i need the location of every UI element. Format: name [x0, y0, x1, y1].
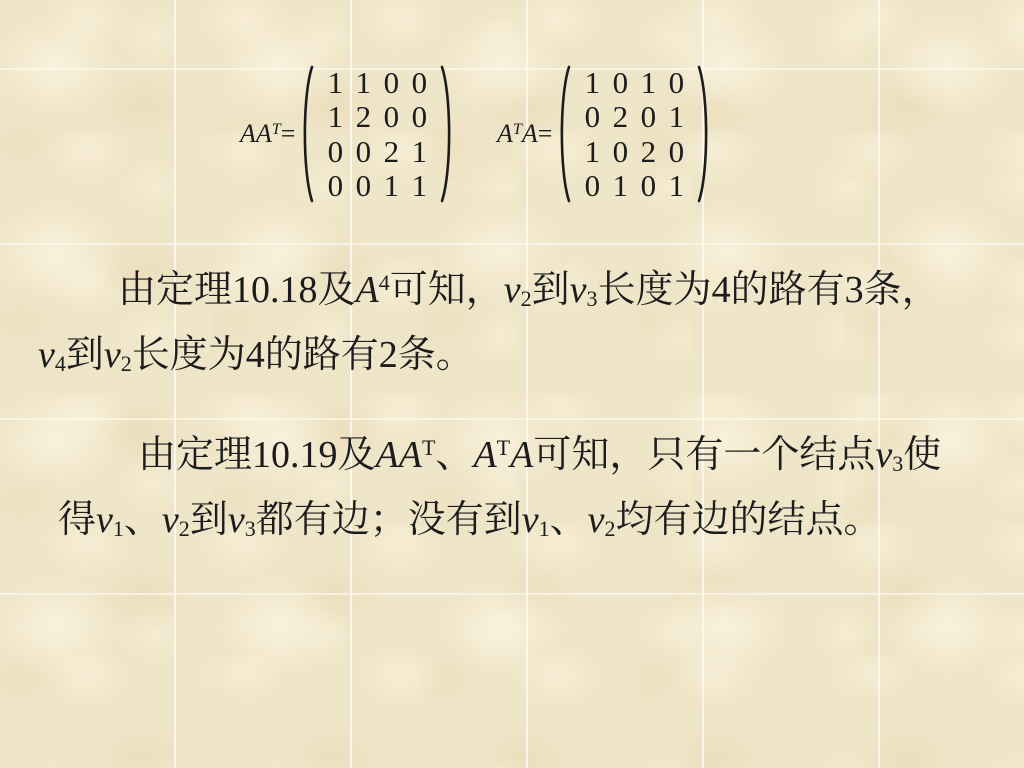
text-run: 得	[58, 499, 96, 541]
text-run: v	[162, 499, 179, 541]
text-run: 4	[55, 351, 66, 376]
text-run: v	[588, 499, 605, 541]
right-paren	[697, 64, 712, 204]
text-run: v	[228, 499, 245, 541]
text-run: A	[510, 434, 533, 476]
text-run: 可知，	[390, 269, 504, 311]
matrix-cell: 1	[662, 100, 690, 135]
matrix-equation-ata: ATA= 1010020110200101	[497, 63, 712, 205]
matrix-cell: 0	[662, 134, 690, 169]
text-run: 均有边的结点。	[616, 499, 882, 541]
text-run: 3	[245, 516, 256, 541]
matrix-cell: 1	[634, 65, 662, 100]
text-run: 3	[892, 451, 903, 476]
matrix-cell: 2	[606, 100, 634, 135]
paragraph-2-line-2: 得v1、v2到v3都有边；没有到v1、v2均有边的结点。	[58, 497, 882, 548]
matrix-cell: 0	[606, 134, 634, 169]
paragraph-1-line-1: 由定理10.18及A4可知，v2到v3长度为4的路有3条，	[118, 267, 940, 318]
text-run: 长度为4的路有3条，	[598, 269, 940, 311]
matrix-cell: 1	[405, 134, 433, 169]
left-paren	[556, 64, 571, 204]
matrix-cell: 0	[578, 100, 606, 135]
text-run: v	[96, 499, 113, 541]
matrix-label-aat: AAT=	[240, 119, 295, 149]
matrix-cell: 1	[606, 169, 634, 204]
text-run: v	[875, 434, 892, 476]
text-run: v	[38, 334, 55, 376]
text-run: 、	[124, 499, 162, 541]
matrix-cell: 2	[377, 134, 405, 169]
paragraph-2-line-1: 由定理10.19及AAT、ATA可知，只有一个结点v3使	[138, 432, 941, 483]
matrix-cell: 2	[634, 134, 662, 169]
matrix-cell: 0	[405, 65, 433, 100]
matrix-cell: 0	[377, 100, 405, 135]
right-paren	[440, 64, 455, 204]
text-run: AA	[240, 119, 272, 148]
matrix-cell: 1	[377, 169, 405, 204]
text-run: =	[281, 119, 296, 148]
matrix-cell: 0	[578, 169, 606, 204]
text-run: T	[513, 121, 522, 138]
text-run: 3	[587, 286, 598, 311]
text-run: 由定理10.19及	[138, 434, 376, 476]
matrix-cell: 0	[349, 134, 377, 169]
text-run: 可知，只有一个结点	[533, 434, 875, 476]
text-run: 4	[379, 270, 390, 295]
slide: AAT= 1100120000210011 ATA= 1010020110200…	[0, 0, 1024, 768]
matrix-cell: 0	[606, 65, 634, 100]
text-run: =	[538, 119, 553, 148]
text-run: 2	[521, 286, 532, 311]
matrix-cell: 0	[405, 100, 433, 135]
matrix-label-ata: ATA=	[497, 119, 552, 149]
text-run: v	[504, 269, 521, 311]
matrix-grid-ata: 1010020110200101	[578, 65, 690, 203]
matrix-cell: 2	[349, 100, 377, 135]
matrix-cell: 1	[321, 65, 349, 100]
matrix-cell: 1	[662, 169, 690, 204]
text-run: 、	[550, 499, 588, 541]
matrix-equation-aat: AAT= 1100120000210011	[240, 63, 455, 205]
text-run: 到	[190, 499, 228, 541]
matrix-cell: 0	[349, 169, 377, 204]
text-run: AA	[376, 434, 422, 476]
text-run: T	[422, 435, 435, 460]
text-run: 2	[605, 516, 616, 541]
left-paren	[299, 64, 314, 204]
matrix-cell: 1	[405, 169, 433, 204]
paragraph-1-line-2: v4到v2长度为4的路有2条。	[38, 332, 474, 383]
matrix-cell: 1	[349, 65, 377, 100]
matrix-grid-aat: 1100120000210011	[321, 65, 433, 203]
matrix-cell: 0	[662, 65, 690, 100]
text-run: 到	[66, 334, 104, 376]
matrix-cell: 0	[321, 169, 349, 204]
text-run: 使	[903, 434, 941, 476]
matrix-cell: 0	[634, 100, 662, 135]
text-run: v	[522, 499, 539, 541]
text-run: 、	[435, 434, 473, 476]
text-run: 到	[532, 269, 570, 311]
matrix-cell: 0	[634, 169, 662, 204]
matrix-cell: 1	[321, 100, 349, 135]
text-run: 长度为4的路有2条。	[132, 334, 474, 376]
text-run: A	[522, 119, 538, 148]
text-run: 1	[113, 516, 124, 541]
text-run: A	[473, 434, 496, 476]
matrix-cell: 1	[578, 65, 606, 100]
text-run: 2	[121, 351, 132, 376]
text-run: T	[272, 121, 281, 138]
text-run: 2	[179, 516, 190, 541]
matrix-cell: 0	[321, 134, 349, 169]
text-run: 1	[539, 516, 550, 541]
text-run: A	[497, 119, 513, 148]
text-run: 由定理10.18及	[118, 269, 356, 311]
text-run: A	[356, 269, 379, 311]
text-run: v	[104, 334, 121, 376]
matrix-cell: 0	[377, 65, 405, 100]
text-run: 都有边；没有到	[256, 499, 522, 541]
text-run: v	[570, 269, 587, 311]
text-run: T	[497, 435, 510, 460]
matrix-cell: 1	[578, 134, 606, 169]
